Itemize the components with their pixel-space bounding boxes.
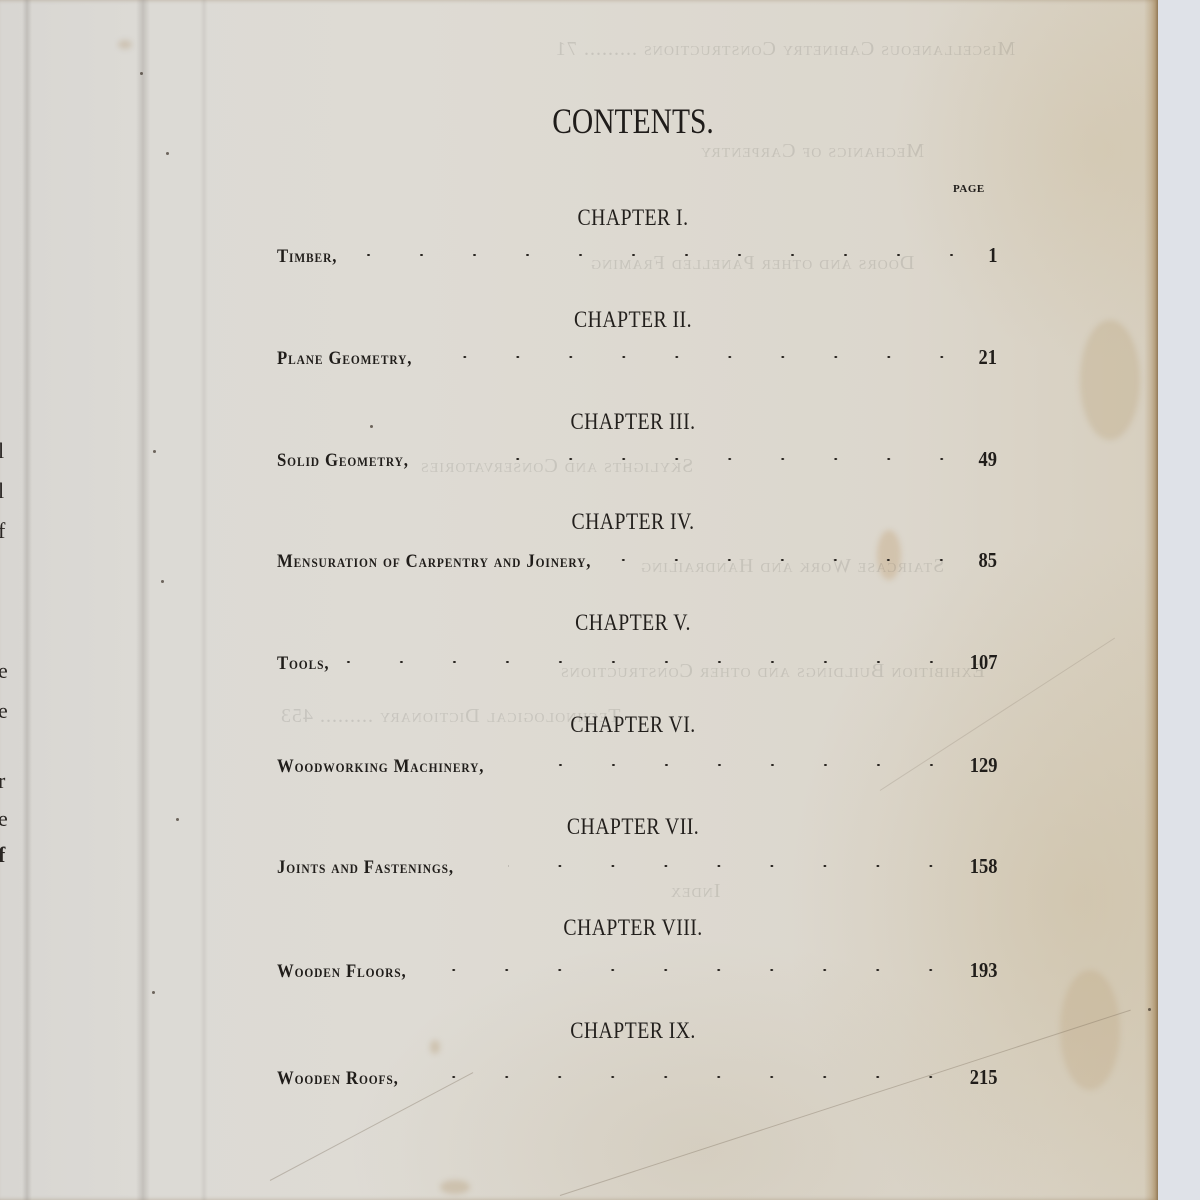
- gutter-fold: [22, 0, 32, 1200]
- toc-entry-title: Mensuration of Carpentry and Joinery,: [277, 551, 591, 573]
- toc-entry: Plane Geometry, 21: [277, 345, 997, 369]
- toc-entry: Wooden Roofs, 215: [277, 1065, 997, 1089]
- toc-entry-title: Joints and Fastenings,: [277, 857, 454, 879]
- speck: [166, 152, 169, 155]
- toc-entry: Mensuration of Carpentry and Joinery, 85: [277, 548, 997, 572]
- dot-leader: [521, 764, 958, 766]
- show-through-text: Miscellaneous Cabinetry Constructions ..…: [555, 38, 1015, 61]
- toc-entry-page: 193: [969, 958, 997, 983]
- toc-entry: Wooden Floors, 193: [277, 958, 997, 982]
- chapter-heading: CHAPTER IX.: [89, 1018, 1178, 1044]
- toc-entry: Timber, 1: [277, 243, 997, 267]
- toc-entry-page: 215: [969, 1065, 997, 1090]
- chapter-heading: CHAPTER VII.: [89, 814, 1178, 840]
- chapter-heading: CHAPTER III.: [89, 409, 1178, 435]
- dot-leader: [432, 969, 957, 971]
- chapter-heading: CHAPTER V.: [89, 610, 1178, 636]
- toc-entry: Solid Geometry, 49: [277, 447, 997, 471]
- fragment-letter: e: [0, 700, 8, 722]
- chapter-heading: CHAPTER VIII.: [89, 915, 1178, 941]
- toc-entry-title: Solid Geometry,: [277, 450, 409, 472]
- dot-leader: [345, 661, 958, 663]
- toc-entry: Tools, 107: [277, 650, 997, 674]
- speck: [140, 72, 143, 75]
- dot-leader: [439, 356, 968, 358]
- toc-entry-page: 85: [979, 548, 997, 573]
- chapter-heading: CHAPTER II.: [89, 307, 1178, 333]
- stain: [118, 40, 132, 49]
- toc-entry-page: 21: [979, 345, 997, 370]
- toc-entry-page: 129: [969, 753, 997, 778]
- stain: [440, 1180, 470, 1194]
- page-column-label: PAGE: [953, 183, 985, 195]
- toc-entry-page: 158: [969, 854, 997, 879]
- dot-leader: [487, 458, 968, 460]
- fragment-letter: f: [0, 844, 5, 866]
- toc-entry-title: Tools,: [277, 653, 329, 675]
- speck: [1148, 1008, 1151, 1011]
- dot-leader: [353, 254, 978, 256]
- toc-entry-page: 1: [988, 243, 997, 268]
- toc-entry-title: Wooden Roofs,: [277, 1068, 399, 1090]
- chapter-heading: CHAPTER VI.: [89, 712, 1178, 738]
- toc-entry: Woodworking Machinery, 129: [277, 753, 997, 777]
- show-through-text: Index: [670, 880, 721, 903]
- chapter-heading: CHAPTER I.: [89, 205, 1178, 231]
- show-through-text: Mechanics of Carpentry: [700, 140, 924, 163]
- speck: [153, 450, 156, 453]
- dot-leader: [508, 865, 957, 867]
- toc-entry: Joints and Fastenings, 158: [277, 854, 997, 878]
- dot-leader: [423, 1076, 957, 1078]
- dot-leader: [604, 559, 968, 561]
- toc-entry-page: 107: [969, 650, 997, 675]
- toc-entry-title: Wooden Floors,: [277, 961, 407, 983]
- fragment-letter: l: [0, 480, 4, 502]
- fragment-letter: r: [0, 770, 5, 792]
- page-title: CONTENTS.: [114, 100, 1152, 142]
- toc-entry-title: Woodworking Machinery,: [277, 756, 484, 778]
- book-photo: Miscellaneous Cabinetry Constructions ..…: [0, 0, 1200, 1200]
- toc-entry-page: 49: [979, 447, 997, 472]
- speck: [152, 991, 155, 994]
- fragment-letter: e: [0, 660, 8, 682]
- fragment-letter: e: [0, 808, 8, 830]
- contents-page: Miscellaneous Cabinetry Constructions ..…: [0, 0, 1158, 1200]
- speck: [161, 580, 164, 583]
- toc-entry-title: Timber,: [277, 246, 337, 268]
- fragment-letter: f: [0, 520, 5, 542]
- toc-entry-title: Plane Geometry,: [277, 348, 412, 370]
- chapter-heading: CHAPTER IV.: [89, 509, 1178, 535]
- fragment-letter: l: [0, 440, 4, 462]
